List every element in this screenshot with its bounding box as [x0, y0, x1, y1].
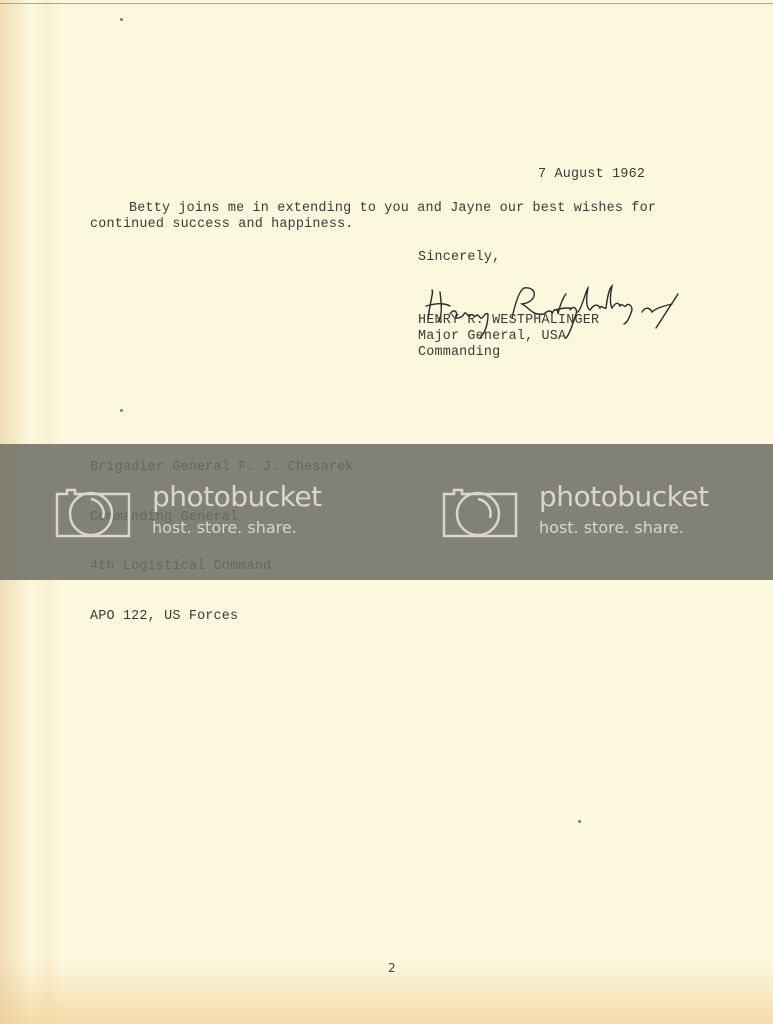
watermark-brand: photobucket: [539, 480, 709, 513]
watermark-tagline: host. store. share.: [152, 518, 297, 537]
letter-closing: Sincerely,: [418, 250, 500, 267]
camera-icon: [55, 486, 131, 538]
body-line: continued success and happiness.: [90, 217, 354, 234]
recipient-line: APO 122, US Forces: [90, 609, 354, 626]
letter-date: 7 August 1962: [538, 167, 645, 184]
paper-speck: [578, 820, 581, 823]
page-number: 2: [388, 961, 396, 975]
body-line: Betty joins me in extending to you and J…: [129, 201, 656, 218]
camera-icon: [442, 486, 518, 538]
paper-speck: [120, 18, 123, 21]
paper-speck: [120, 409, 123, 412]
watermark-tagline: host. store. share.: [539, 518, 684, 537]
page-edge-line: [0, 3, 773, 4]
photobucket-watermark-banner: photobucket host. store. share. photobuc…: [0, 444, 773, 580]
watermark-brand: photobucket: [152, 480, 322, 513]
signatory-rank: Major General, USA: [418, 329, 566, 346]
signatory-role: Commanding: [418, 345, 500, 362]
signatory-name: HENRY R. WESTPHALINGER: [418, 313, 599, 330]
